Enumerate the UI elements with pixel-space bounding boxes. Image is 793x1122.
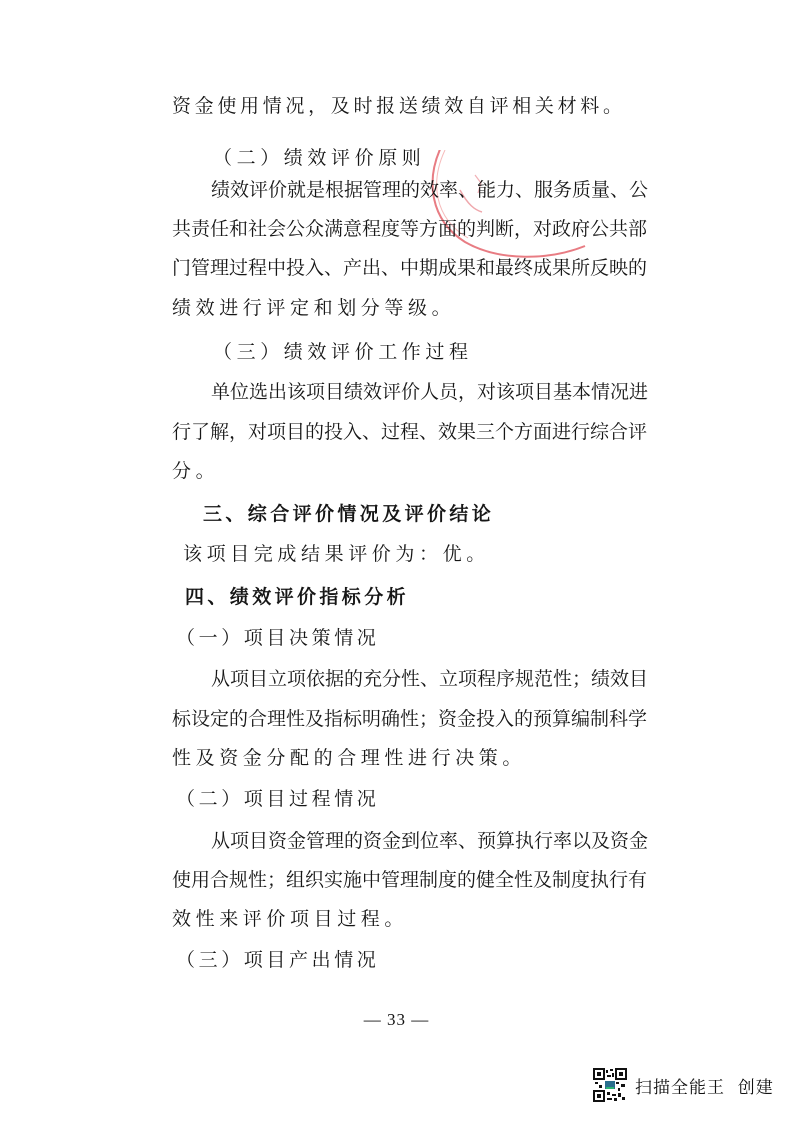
subheading-evaluation-principles: （二）绩效评价原则 [213, 145, 425, 171]
scanner-watermark: 扫描全能王 创建 [593, 1068, 774, 1102]
body-text-line: 门管理过程中投入、产出、中期成果和最终成果所反映的 [172, 255, 622, 281]
body-text-line: 行了解，对项目的投入、过程、效果三个方面进行综合评 [172, 419, 622, 445]
page-number: — 33 — [0, 1010, 793, 1030]
evaluation-result-text: 该项目完成结果评价为：优。 [183, 541, 490, 567]
subheading-project-decision: （一）项目决策情况 [176, 625, 379, 651]
subheading-project-process: （二）项目过程情况 [176, 786, 379, 812]
body-text-line: 资金使用情况，及时报送绩效自评相关材料。 [172, 93, 622, 119]
body-text-line: 共责任和社会公众满意程度等方面的判断，对政府公共部 [172, 216, 622, 242]
body-text-line: 单位选出该项目绩效评价人员，对该项目基本情况进 [211, 379, 622, 405]
heading-indicator-analysis: 四、绩效评价指标分析 [185, 584, 409, 610]
body-text-line: 绩效进行评定和划分等级。 [172, 295, 455, 321]
subheading-project-output: （三）项目产出情况 [176, 947, 379, 973]
document-page: 资金使用情况，及时报送绩效自评相关材料。 （二）绩效评价原则 绩效评价就是根据管… [0, 0, 793, 1122]
watermark-text: 扫描全能王 创建 [635, 1073, 774, 1098]
body-text-line: 绩效评价就是根据管理的效率、能力、服务质量、公 [211, 177, 622, 203]
body-text-line: 效性来评价项目过程。 [172, 906, 408, 932]
body-text-line: 分。 [172, 458, 219, 484]
body-text-line: 从项目立项依据的充分性、立项程序规范性；绩效目 [211, 666, 622, 692]
red-seal-stamp-icon [420, 150, 680, 260]
body-text-line: 标设定的合理性及指标明确性；资金投入的预算编制科学 [172, 706, 622, 732]
body-text-line: 使用合规性；组织实施中管理制度的健全性及制度执行有 [172, 867, 622, 893]
body-text-line: 性及资金分配的合理性进行决策。 [172, 745, 526, 771]
subheading-evaluation-process: （三）绩效评价工作过程 [213, 339, 473, 365]
qr-code-icon [593, 1068, 627, 1102]
heading-overall-evaluation: 三、综合评价情况及评价结论 [203, 501, 494, 527]
body-text-line: 从项目资金管理的资金到位率、预算执行率以及资金 [211, 828, 622, 854]
